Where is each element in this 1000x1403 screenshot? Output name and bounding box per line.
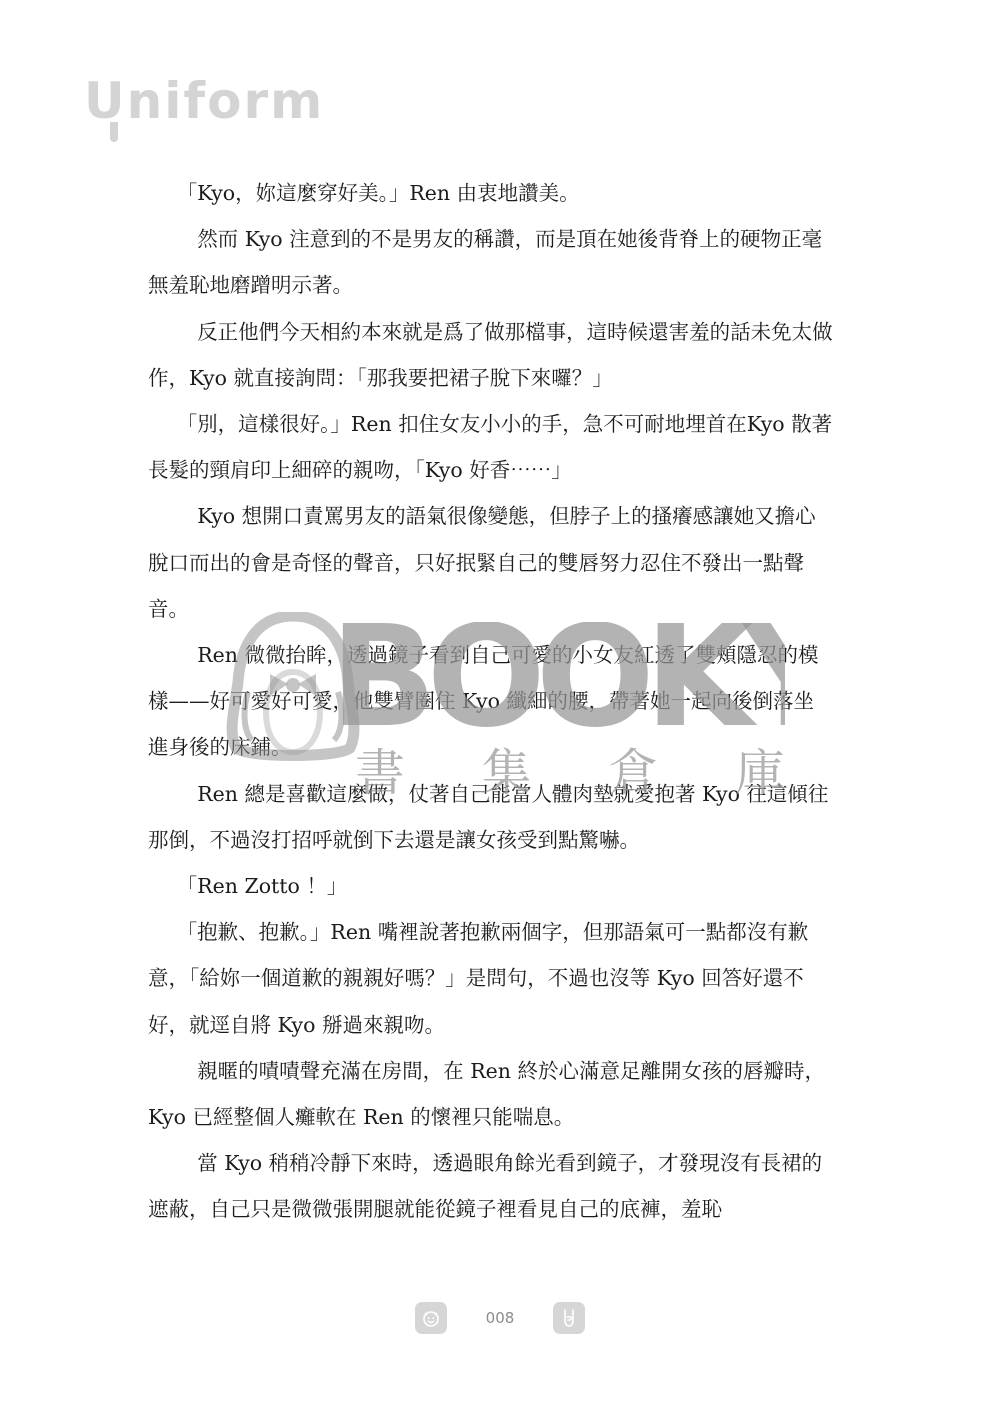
devil-face-icon: [415, 1302, 447, 1334]
paragraph: 反正他們今天相約本來就是爲了做那檔事，這時候還害羞的話未免太做作，Kyo 就直接…: [148, 309, 833, 401]
paragraph: 「Ren Zotto ！」: [148, 863, 833, 909]
paragraph: 然而 Kyo 注意到的不是男友的稱讚，而是頂在她後背脊上的硬物正毫無羞恥地磨蹭明…: [148, 216, 833, 308]
book-title-logo: Uniform: [84, 76, 324, 146]
paragraph: Ren 總是喜歡這麼做，仗著自己能當人體肉墊就愛抱著 Kyo 往這傾往那倒，不過…: [148, 771, 833, 863]
rock-hand-icon: [553, 1302, 585, 1334]
paragraph: Kyo 想開口責罵男友的語氣很像變態，但脖子上的搔癢感讓她又擔心脫口而出的會是奇…: [148, 493, 833, 632]
paragraph: Ren 微微抬眸，透過鏡子看到自己可愛的小女友紅透了雙頰隱忍的模樣——好可愛好可…: [148, 632, 833, 771]
paragraph: 「別，這樣很好。」Ren 扣住女友小小的手，急不可耐地埋首在Kyo 散著長髮的頸…: [148, 401, 833, 493]
paragraph: 「Kyo，妳這麼穿好美。」Ren 由衷地讚美。: [148, 170, 833, 216]
page-footer: 008: [0, 1302, 1000, 1334]
page-body-text: 「Kyo，妳這麼穿好美。」Ren 由衷地讚美。 然而 Kyo 注意到的不是男友的…: [148, 170, 833, 1233]
page-number: 008: [469, 1309, 531, 1327]
paragraph: 親暱的嘖嘖聲充滿在房間，在 Ren 終於心滿意足離開女孩的唇瓣時，Kyo 已經整…: [148, 1048, 833, 1140]
paragraph: 當 Kyo 稍稍冷靜下來時，透過眼角餘光看到鏡子，才發現沒有長裙的遮蔽，自己只是…: [148, 1140, 833, 1232]
paragraph: 「抱歉、抱歉。」Ren 嘴裡說著抱歉兩個字，但那語氣可一點都沒有歉意，「給妳一個…: [148, 909, 833, 1048]
logo-text: Uniform: [84, 72, 324, 130]
logo-drip-decoration: [110, 122, 118, 142]
